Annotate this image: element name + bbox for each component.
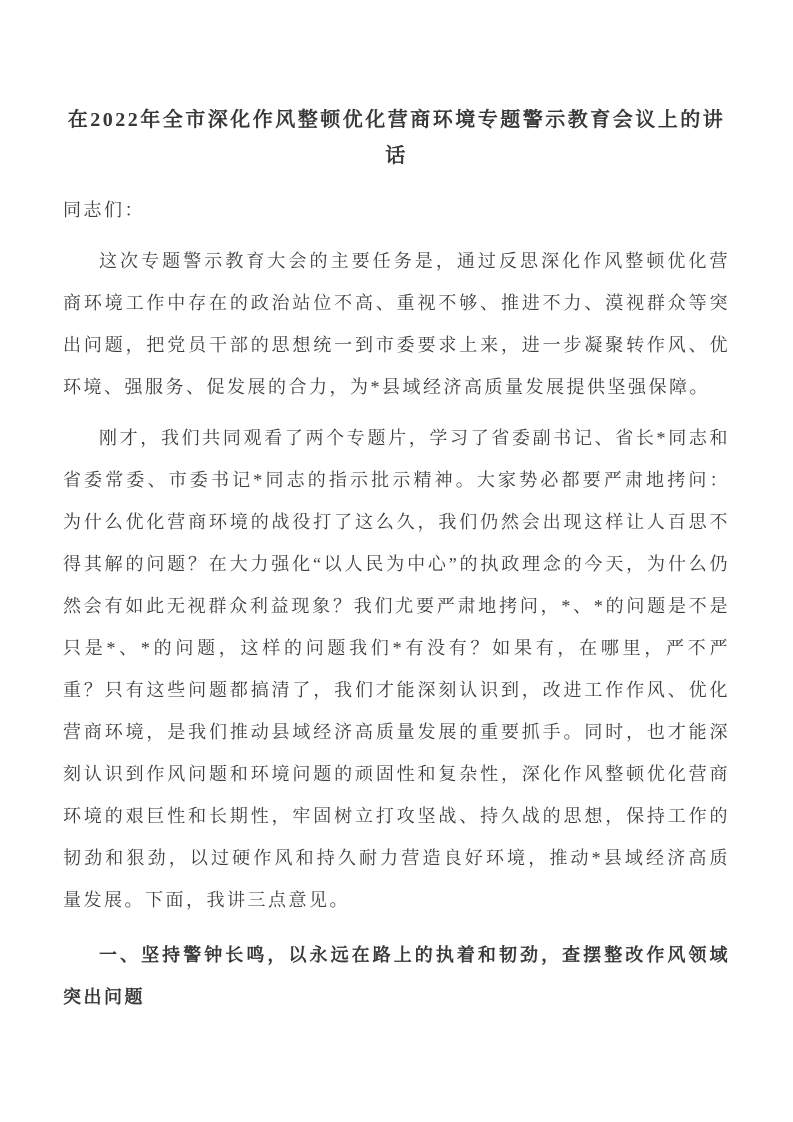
paragraph-reflection: 刚才，我们共同观看了两个专题片，学习了省委副书记、省长*同志和省委常委、市委书记…	[63, 417, 730, 921]
section-heading-1: 一、坚持警钟长鸣，以永远在路上的执着和韧劲，查摆整改作风领域突出问题	[63, 934, 730, 1018]
salutation: 同志们：	[63, 189, 730, 231]
document-page: 在2022年全市深化作风整顿优化营商环境专题警示教育会议上的讲话 同志们： 这次…	[0, 0, 793, 1122]
document-title: 在2022年全市深化作风整顿优化营商环境专题警示教育会议上的讲话	[63, 102, 730, 174]
paragraph-task-overview: 这次专题警示教育大会的主要任务是，通过反思深化作风整顿优化营商环境工作中存在的政…	[63, 240, 730, 408]
